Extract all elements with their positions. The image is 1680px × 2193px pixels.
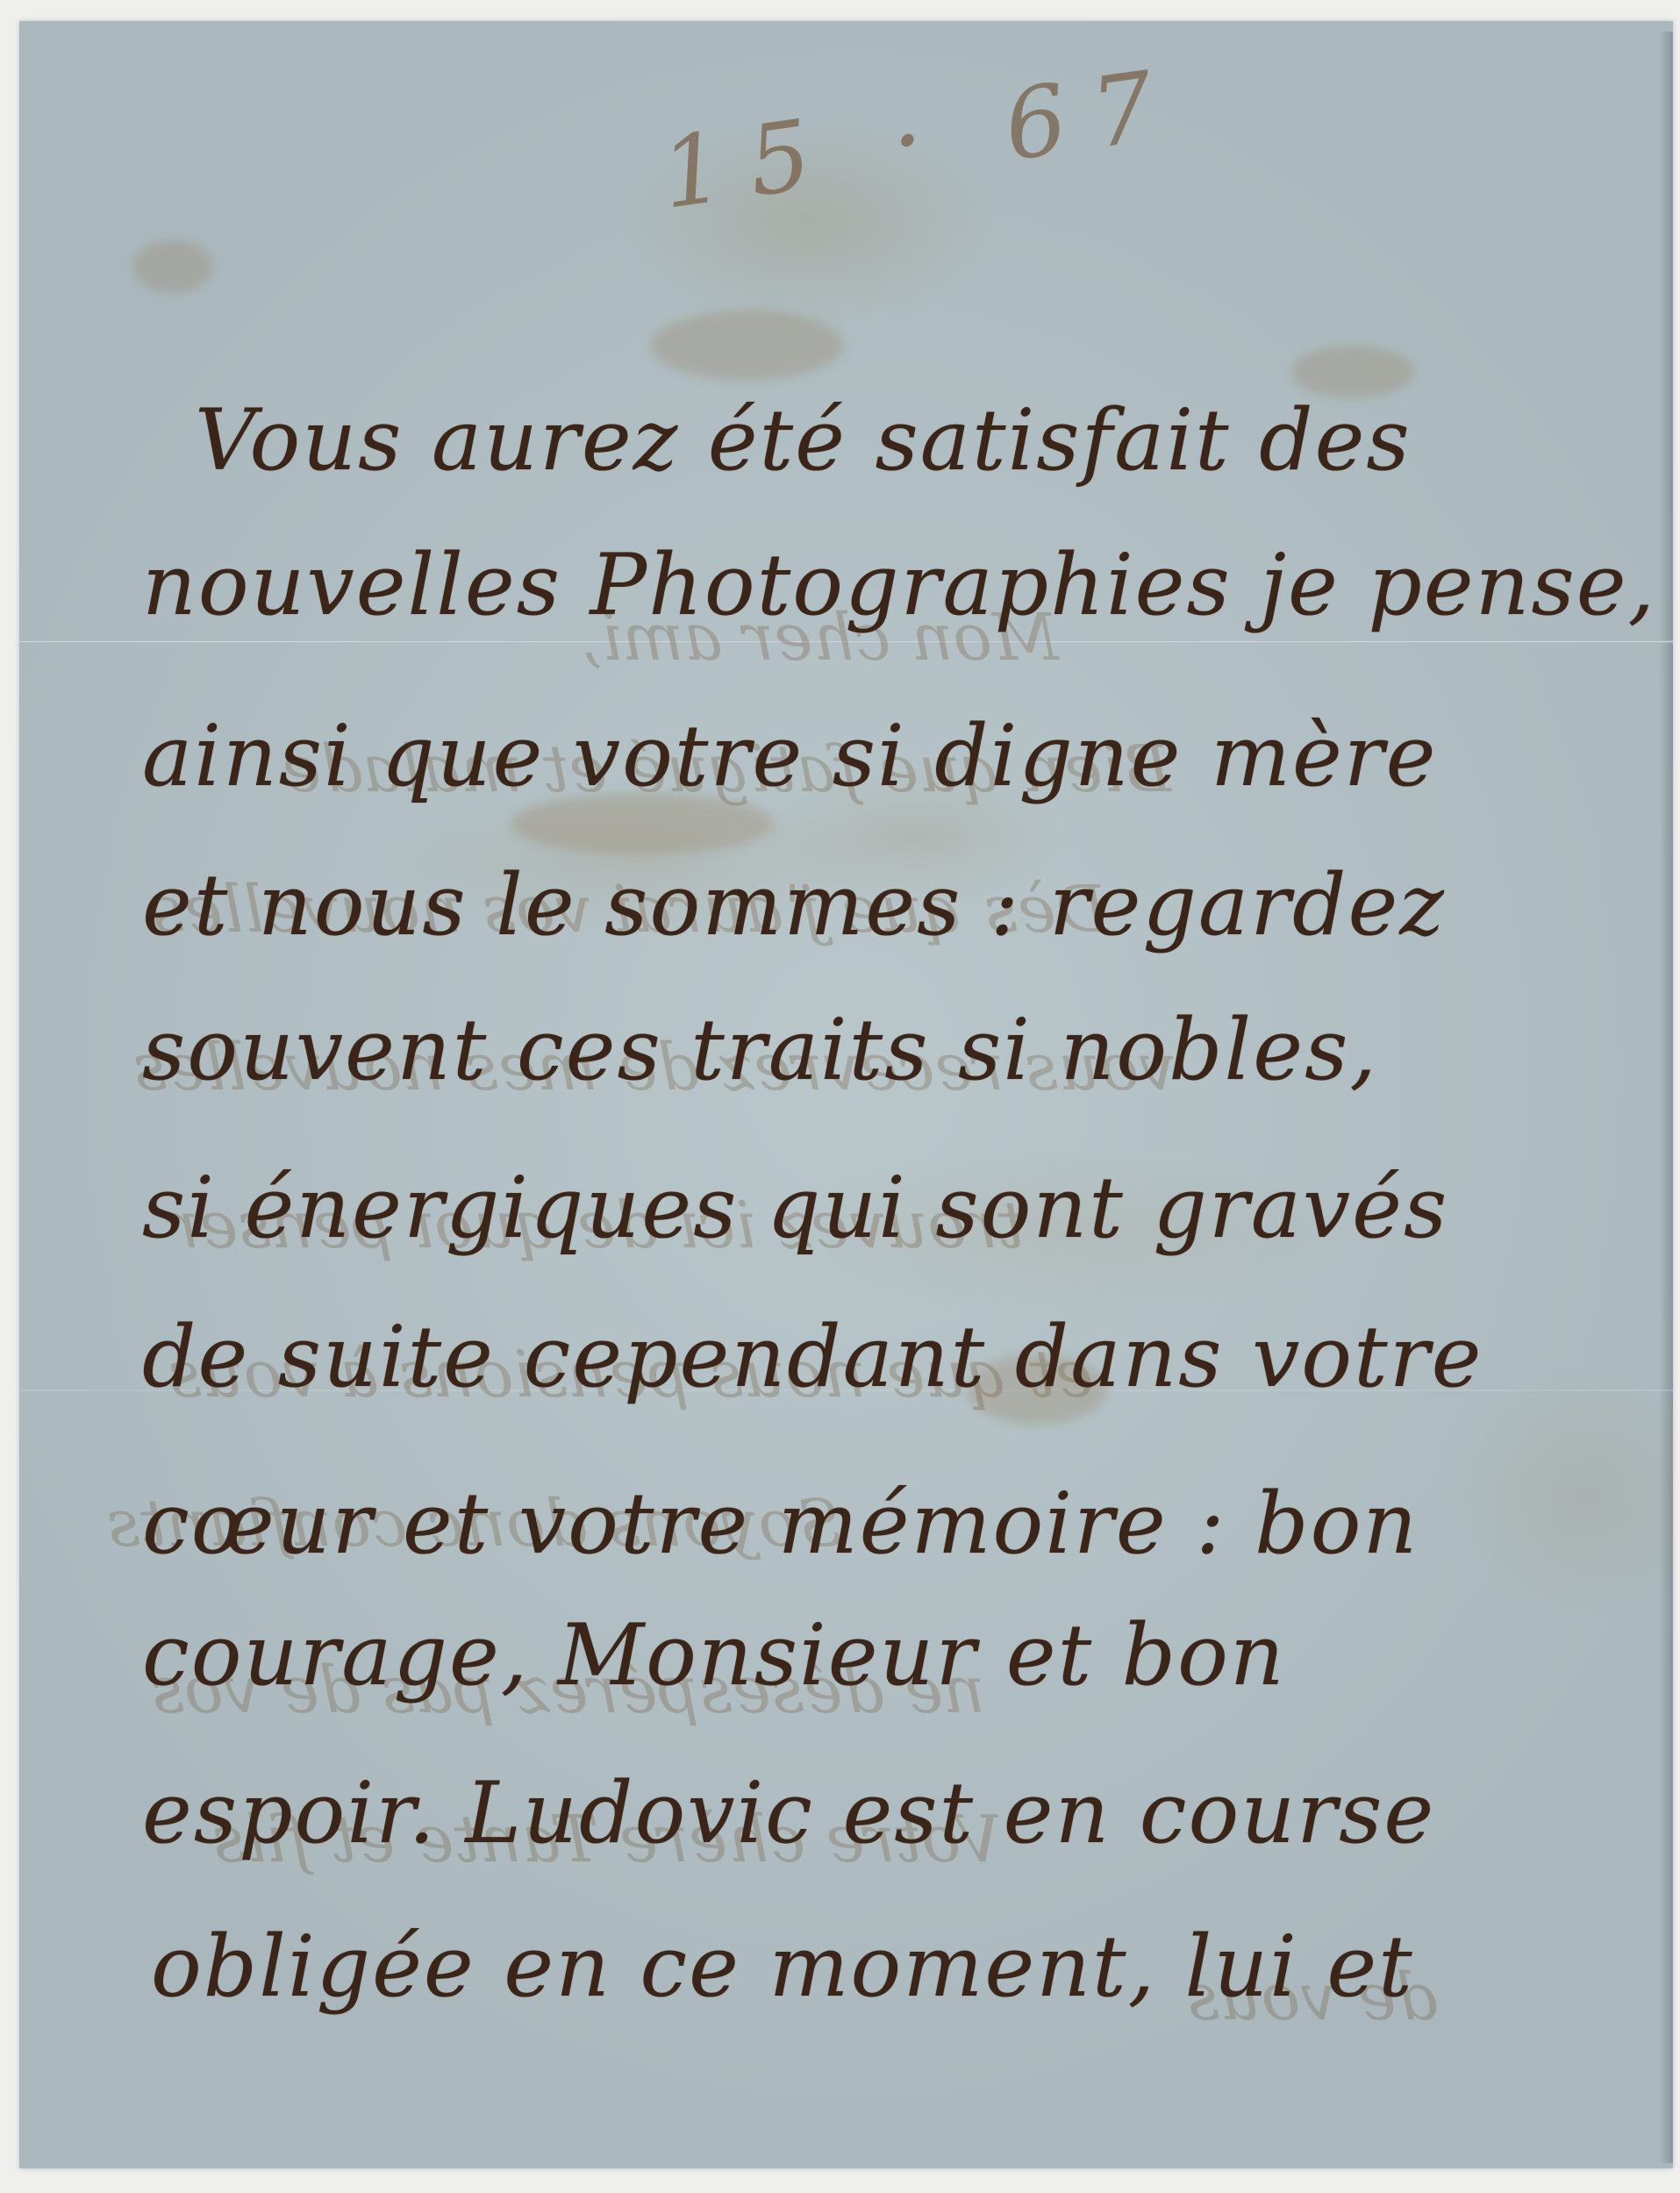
letter-line-2: nouvelles Photographies je pense, [142,543,1656,627]
letter-line-5: souvent ces traits si nobles, [142,1008,1378,1092]
letter-line-7: de suite cependant dans votre [142,1315,1483,1399]
letter-line-3: ainsi que votre si digne mère [142,714,1437,798]
letter-sheet: 15 · 67 Mon cher ami, Bien que fatigué e… [19,21,1673,2168]
letter-line-1: Vous aurez été satisfait des [195,398,1412,482]
letter-line-9: courage, Monsieur et bon [142,1613,1286,1697]
letter-line-4: et nous le sommes : regardez [142,863,1446,947]
letter-line-8: cœur et votre mémoire : bon [142,1482,1419,1566]
letter-line-10: espoir. Ludovic est en course [142,1771,1435,1855]
letter-line-6: si énergiques qui sont gravés [142,1166,1448,1250]
letter-line-11: obligée en ce moment, lui et [151,1925,1414,2009]
letter-body: Vous aurez été satisfait des nouvelles P… [19,21,1673,2168]
